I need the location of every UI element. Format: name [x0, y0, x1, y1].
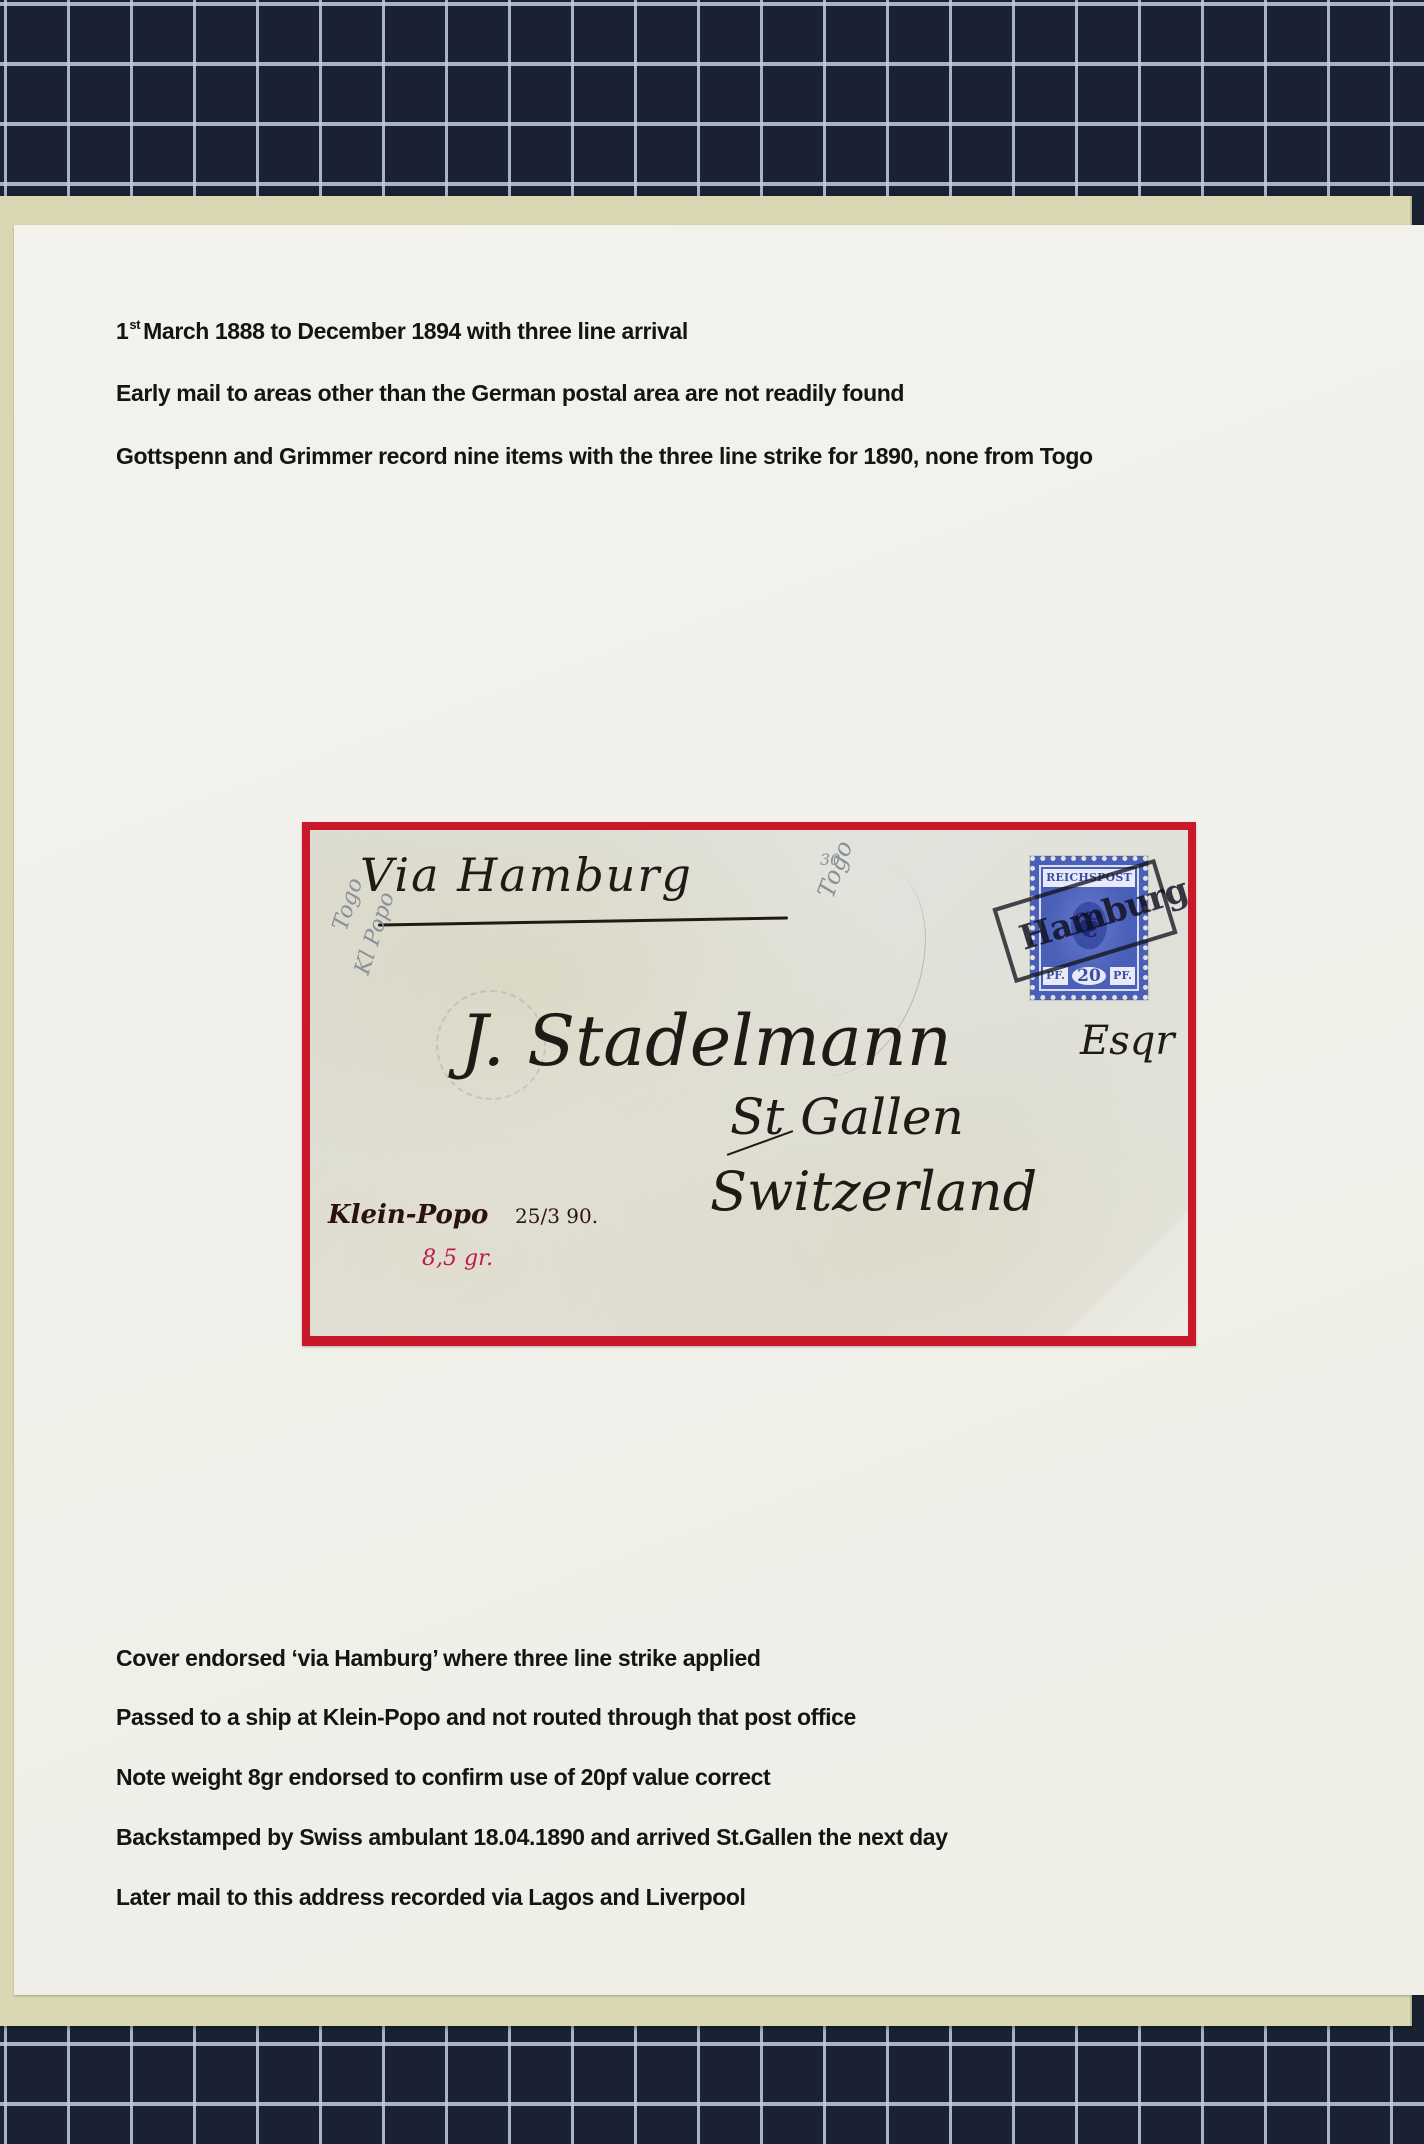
sender-place: Klein-Popo	[328, 1200, 488, 1230]
footer-note-endorsed: Cover endorsed ‘via Hamburg’ where three…	[116, 1645, 761, 1672]
header-note-date-range-text: March 1888 to December 1894 with three l…	[143, 318, 688, 344]
cover-mount: Via Hamburg Togo Kl Popo 30 Togo J. Stad…	[302, 822, 1196, 1346]
stamp-value: 20	[1072, 967, 1106, 985]
addressee-country: Switzerland	[710, 1160, 1037, 1223]
routing-endorsement: Via Hamburg	[360, 848, 693, 902]
ordinal-number: 1	[116, 318, 128, 344]
addressee-suffix: Esqr	[1080, 1018, 1174, 1064]
pencil-note-left-top: Togo	[328, 875, 368, 934]
sender-date: 25/3 90.	[515, 1204, 598, 1228]
addressee-name: J. Stadelmann	[460, 1000, 952, 1082]
footer-note-backstamp: Backstamped by Swiss ambulant 18.04.1890…	[116, 1824, 948, 1851]
ordinal-suffix: st	[129, 317, 140, 332]
footer-note-later-mail: Later mail to this address recorded via …	[116, 1884, 746, 1911]
stamp-denomination-right: PF.	[1110, 967, 1135, 985]
header-note-record: Gottspenn and Grimmer record nine items …	[116, 443, 1093, 470]
footer-note-ship: Passed to a ship at Klein-Popo and not r…	[116, 1704, 856, 1731]
footer-note-weight: Note weight 8gr endorsed to confirm use …	[116, 1764, 770, 1791]
weight-note: 8,5 gr.	[422, 1246, 493, 1271]
addressee-city: St Gallen	[730, 1088, 964, 1146]
routing-underline	[378, 916, 788, 926]
postal-cover: Via Hamburg Togo Kl Popo 30 Togo J. Stad…	[310, 830, 1188, 1336]
header-note-date-range: 1stMarch 1888 to December 1894 with thre…	[116, 317, 688, 345]
header-note-early-mail: Early mail to areas other than the Germa…	[116, 380, 904, 407]
